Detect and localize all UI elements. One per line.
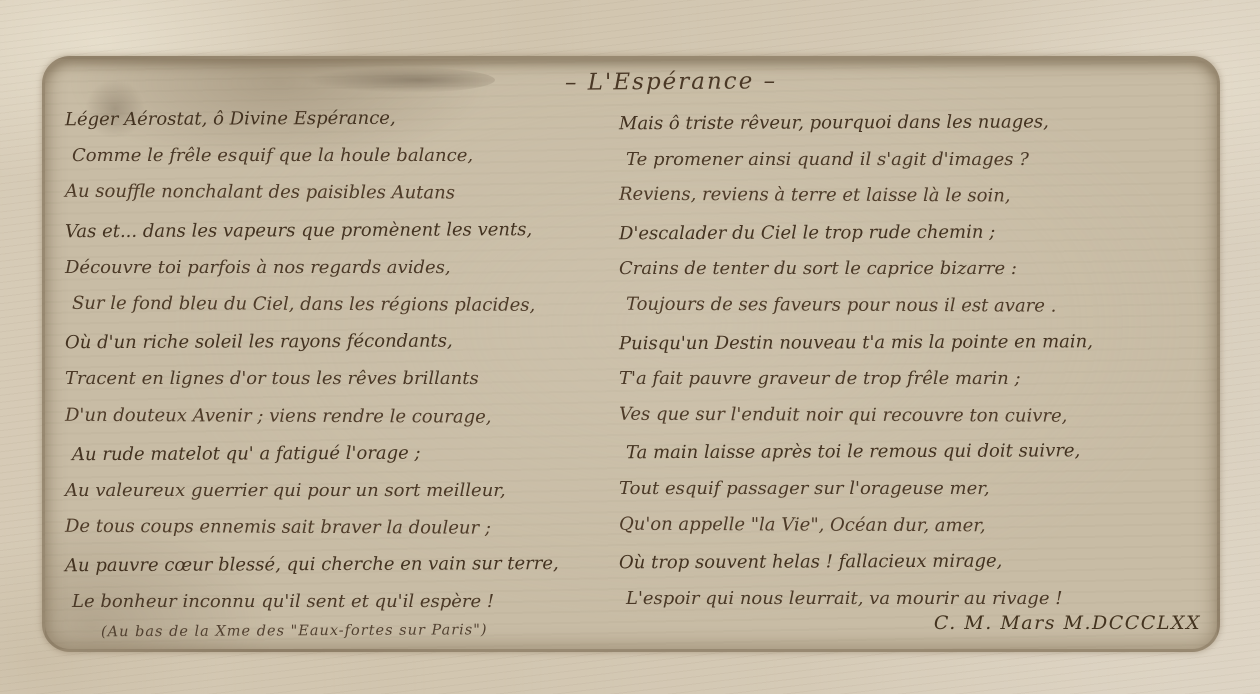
poem-line: Crains de tenter du sort le caprice biza… <box>619 251 1207 288</box>
poem-line: D'escalader du Ciel le trop rude chemin … <box>619 213 1207 252</box>
poem-line: Léger Aérostat, ô Divine Espérance, <box>65 99 617 139</box>
poem-line: Au valeureux guerrier qui pour un sort m… <box>65 472 617 509</box>
poem-footnote: (Au bas de la Xme des "Eaux-fortes sur P… <box>65 621 617 640</box>
poem-line: T'a fait pauvre graveur de trop frêle ma… <box>619 361 1207 398</box>
poem-line: Découvre toi parfois à nos regards avide… <box>65 249 617 286</box>
poem-line: Te promener ainsi quand il s'agit d'imag… <box>619 142 1207 179</box>
poem-line: Où d'un riche soleil les rayons fécondan… <box>65 322 617 362</box>
poem-line: Reviens, reviens à terre et laisse là le… <box>619 177 1207 216</box>
poem-line: Vas et... dans les vapeurs que promènent… <box>65 210 617 250</box>
poem-line: Le bonheur inconnu qu'il sent et qu'il e… <box>65 583 617 620</box>
poem-line: Puisqu'un Destin nouveau t'a mis la poin… <box>619 323 1207 362</box>
poem-title: – L'Espérance – <box>85 65 1257 99</box>
poem-line: Où trop souvent helas ! fallacieux mirag… <box>619 543 1207 582</box>
etching-plate: – L'Espérance – Léger Aérostat, ô Divine… <box>42 56 1220 652</box>
poem-column-right: Mais ô triste rêveur, pourquoi dans les … <box>619 105 1207 634</box>
poem-line: De tous coups ennemis sait braver la dou… <box>65 508 617 548</box>
poem-line: Toujours de ses faveurs pour nous il est… <box>619 287 1207 326</box>
poem-line: Au souffle nonchalant des paisibles Auta… <box>65 173 617 213</box>
poem-line: Ves que sur l'enduit noir qui recouvre t… <box>619 396 1207 435</box>
etching-photograph: – L'Espérance – Léger Aérostat, ô Divine… <box>0 0 1260 694</box>
poem-line: Qu'on appelle "la Vie", Océan dur, amer, <box>619 506 1207 545</box>
poem-line: Tracent en lignes d'or tous les rêves br… <box>65 360 617 397</box>
poem-line: D'un douteux Avenir ; viens rendre le co… <box>65 396 617 436</box>
poem-line: Comme le frêle esquif que la houle balan… <box>65 137 617 174</box>
poem-line: Au rude matelot qu' a fatigué l'orage ; <box>65 433 617 473</box>
poem-line: Tout esquif passager sur l'orageuse mer, <box>619 471 1207 508</box>
poem-line: Mais ô triste rêveur, pourquoi dans les … <box>619 104 1207 143</box>
poem-line: Sur le fond bleu du Ciel, dans les régio… <box>65 285 617 325</box>
poem-column-left: Léger Aérostat, ô Divine Espérance, Comm… <box>65 100 617 639</box>
poem-line: Ta main laisse après toi le remous qui d… <box>619 433 1207 472</box>
poem-line: Au pauvre cœur blessé, qui cherche en va… <box>65 545 617 585</box>
